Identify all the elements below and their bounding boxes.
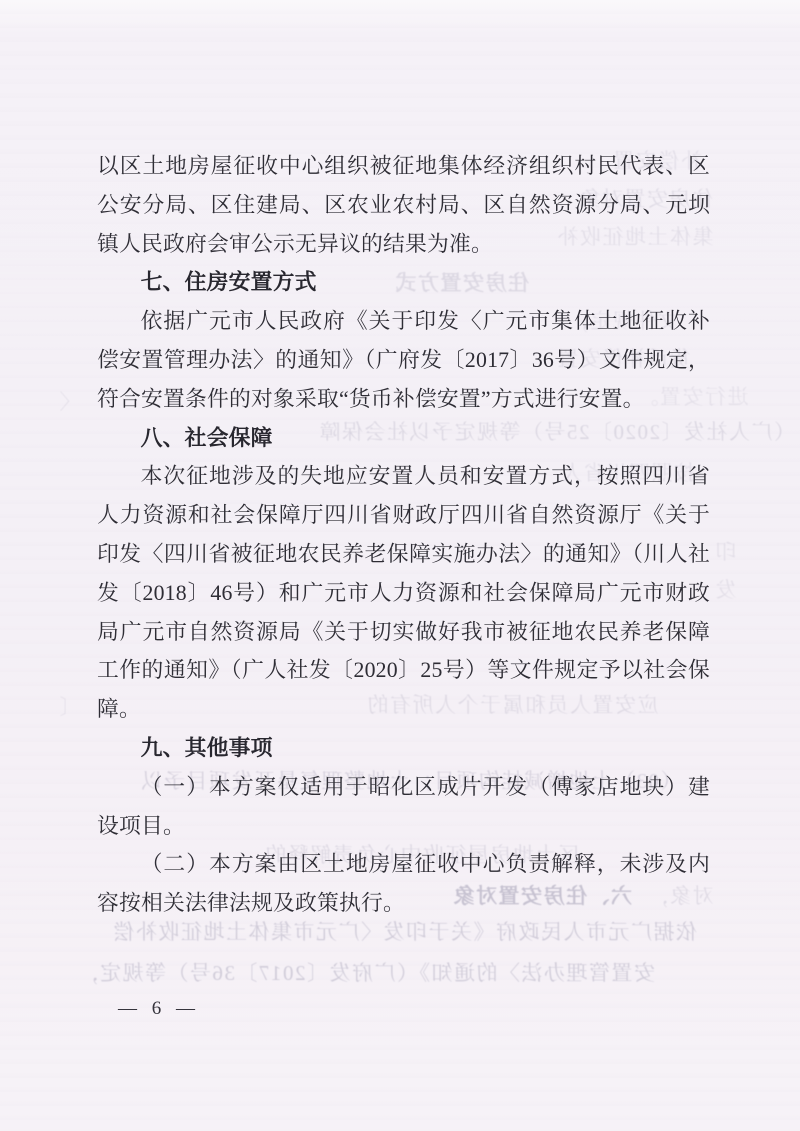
bleedthrough-text: 发 <box>714 578 737 602</box>
section-heading: 七、住房安置方式 <box>97 263 710 302</box>
paragraph: 依据广元市人民政府《关于印发〈广元市集体土地征收补偿安置管理办法〉的通知》（广府… <box>97 302 710 418</box>
bleedthrough-text: 印 <box>714 540 737 564</box>
paragraph: 本次征地涉及的失地应安置人员和安置方式，按照四川省人力资源和社会保障厅四川省财政… <box>97 457 710 729</box>
section-heading: 八、社会保障 <box>97 419 710 458</box>
paragraph: （一）本方案仅适用于昭化区成片开发（傅家店地块）建设项目。 <box>97 768 710 846</box>
page-number: — 6 — <box>118 998 200 1020</box>
bleedthrough-text: 〈 <box>58 390 81 414</box>
section-heading: 九、其他事项 <box>97 729 710 768</box>
paragraph: （二）本方案由区土地房屋征收中心负责解释，未涉及内容按相关法律法规及政策执行。 <box>97 845 710 923</box>
bleedthrough-text: 依据广元市人民政府《关于印发〈广元市集体土地征收补偿 <box>112 920 697 944</box>
paragraph: 以区土地房屋征收中心组织被征地集体经济组织村民代表、区公安分局、区住建局、区农业… <box>97 147 710 263</box>
bleedthrough-text: 〔 <box>58 695 81 719</box>
bleedthrough-text: 安置管理办法〉的通知》（广府发〔2017〕36号）等规定， <box>76 961 655 985</box>
document-body: 以区土地房屋征收中心组织被征地集体经济组织村民代表、区公安分局、区住建局、区农业… <box>97 147 710 923</box>
document-page: 补偿安置住房安置对象集体土地征收补住房安置方式文件规定，货币补偿安置〈进行安置。… <box>0 0 800 1131</box>
